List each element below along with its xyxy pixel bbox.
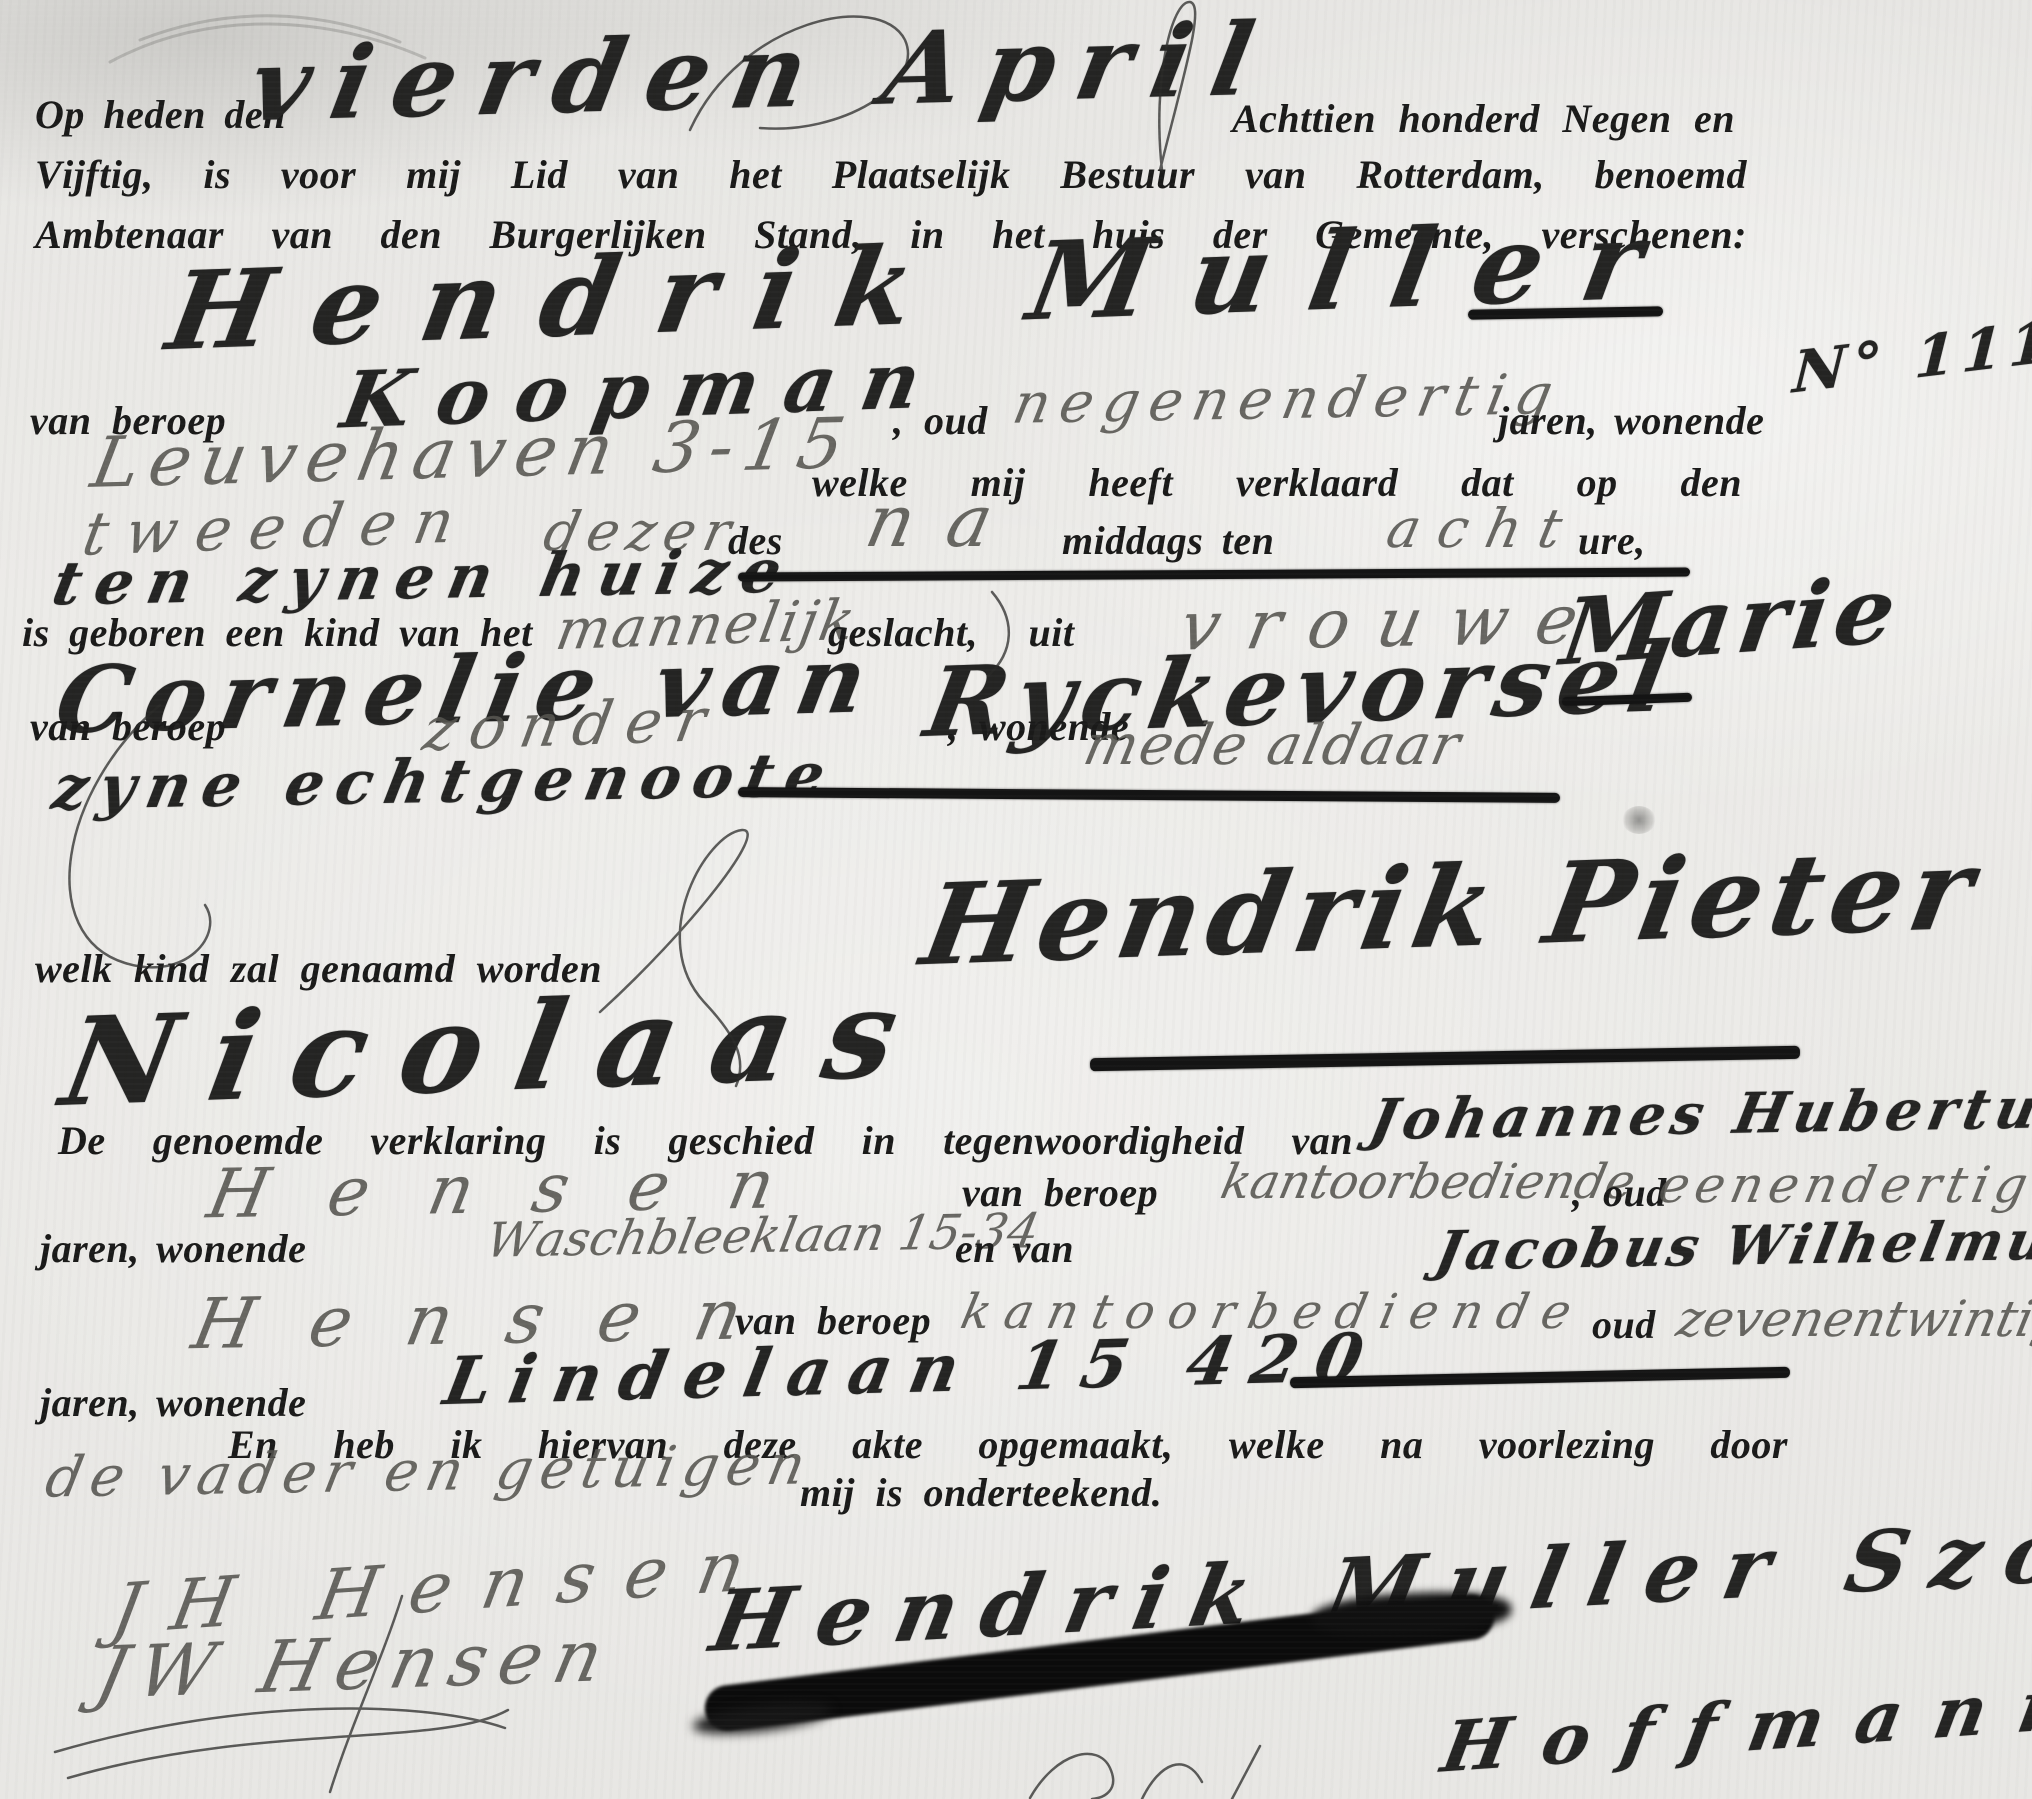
hw-hour: acht: [1382, 502, 1584, 556]
signature-official: Hoffmann: [1437, 1667, 2032, 1782]
hw-child-name-line1: Hendrik Pieter: [914, 834, 1988, 982]
hw-closing-insert: de vader en getuigen: [41, 1437, 818, 1506]
printed-jaren-wonende-0: jaren, wonende: [1498, 398, 1764, 444]
hw-witness2-age: zevenentwintig: [1673, 1294, 2032, 1344]
signature-witness2: JW Hensen: [90, 1619, 621, 1709]
printed-en-van: en van: [955, 1226, 1074, 1272]
printed-year-part1: Achttien honderd Negen en: [1232, 96, 1735, 142]
printed-ure: ure,: [1578, 518, 1646, 564]
printed-van-beroep-2: van beroep: [30, 704, 226, 750]
ink-rule-birth-place: [738, 568, 1690, 582]
printed-oud-3: oud: [1592, 1302, 1656, 1348]
flourish-signature-cross2: [68, 1710, 508, 1778]
ink-rule-relation: [738, 787, 1560, 803]
hw-witness2-first-names: Jacobus Wilhelmus: [1432, 1212, 2032, 1277]
hw-na: na: [860, 485, 1033, 557]
partial-signature-stroke3: [1232, 1746, 1260, 1799]
printed-jaren-wonende-2: jaren, wonende: [40, 1380, 306, 1426]
ink-smudge: [1622, 806, 1656, 834]
partial-signature-stroke2: [1142, 1764, 1202, 1799]
birth-certificate-scan: Op heden den vierden April Achttien hond…: [0, 0, 2032, 1799]
hw-mother-relation: zyne echtgenoote: [48, 745, 842, 819]
hw-witness1-age: eenendertig: [1655, 1160, 2032, 1210]
hw-date: vierden April: [243, 9, 1283, 136]
flourish-signature-cross1: [55, 1709, 505, 1752]
hw-mother-wonende: mede aldaar: [1079, 718, 1467, 774]
printed-oud-1: , oud: [893, 398, 988, 444]
printed-line2: Vijftig, is voor mij Lid van het Plaatse…: [35, 152, 1747, 198]
hw-declarant-age: negenendertig: [1009, 367, 1567, 433]
ink-rule-child-name: [1090, 1046, 1800, 1071]
hw-declarant-address: Leuvehaven 3-15: [87, 408, 860, 498]
printed-jaren-wonende-1: jaren, wonende: [40, 1226, 306, 1272]
hw-act-number: N° 1118: [1791, 307, 2032, 402]
printed-middags-ten: middags ten: [1062, 518, 1274, 564]
printed-closing-line2: mij is onderteekend.: [800, 1470, 1162, 1516]
partial-signature-stroke1: [1030, 1754, 1113, 1799]
printed-oud-2: , oud: [1572, 1170, 1667, 1216]
hw-witness1-first-names: Johannes Hubertus: [1365, 1080, 2032, 1148]
hw-child-name-line2: Nicolaas: [54, 971, 940, 1123]
